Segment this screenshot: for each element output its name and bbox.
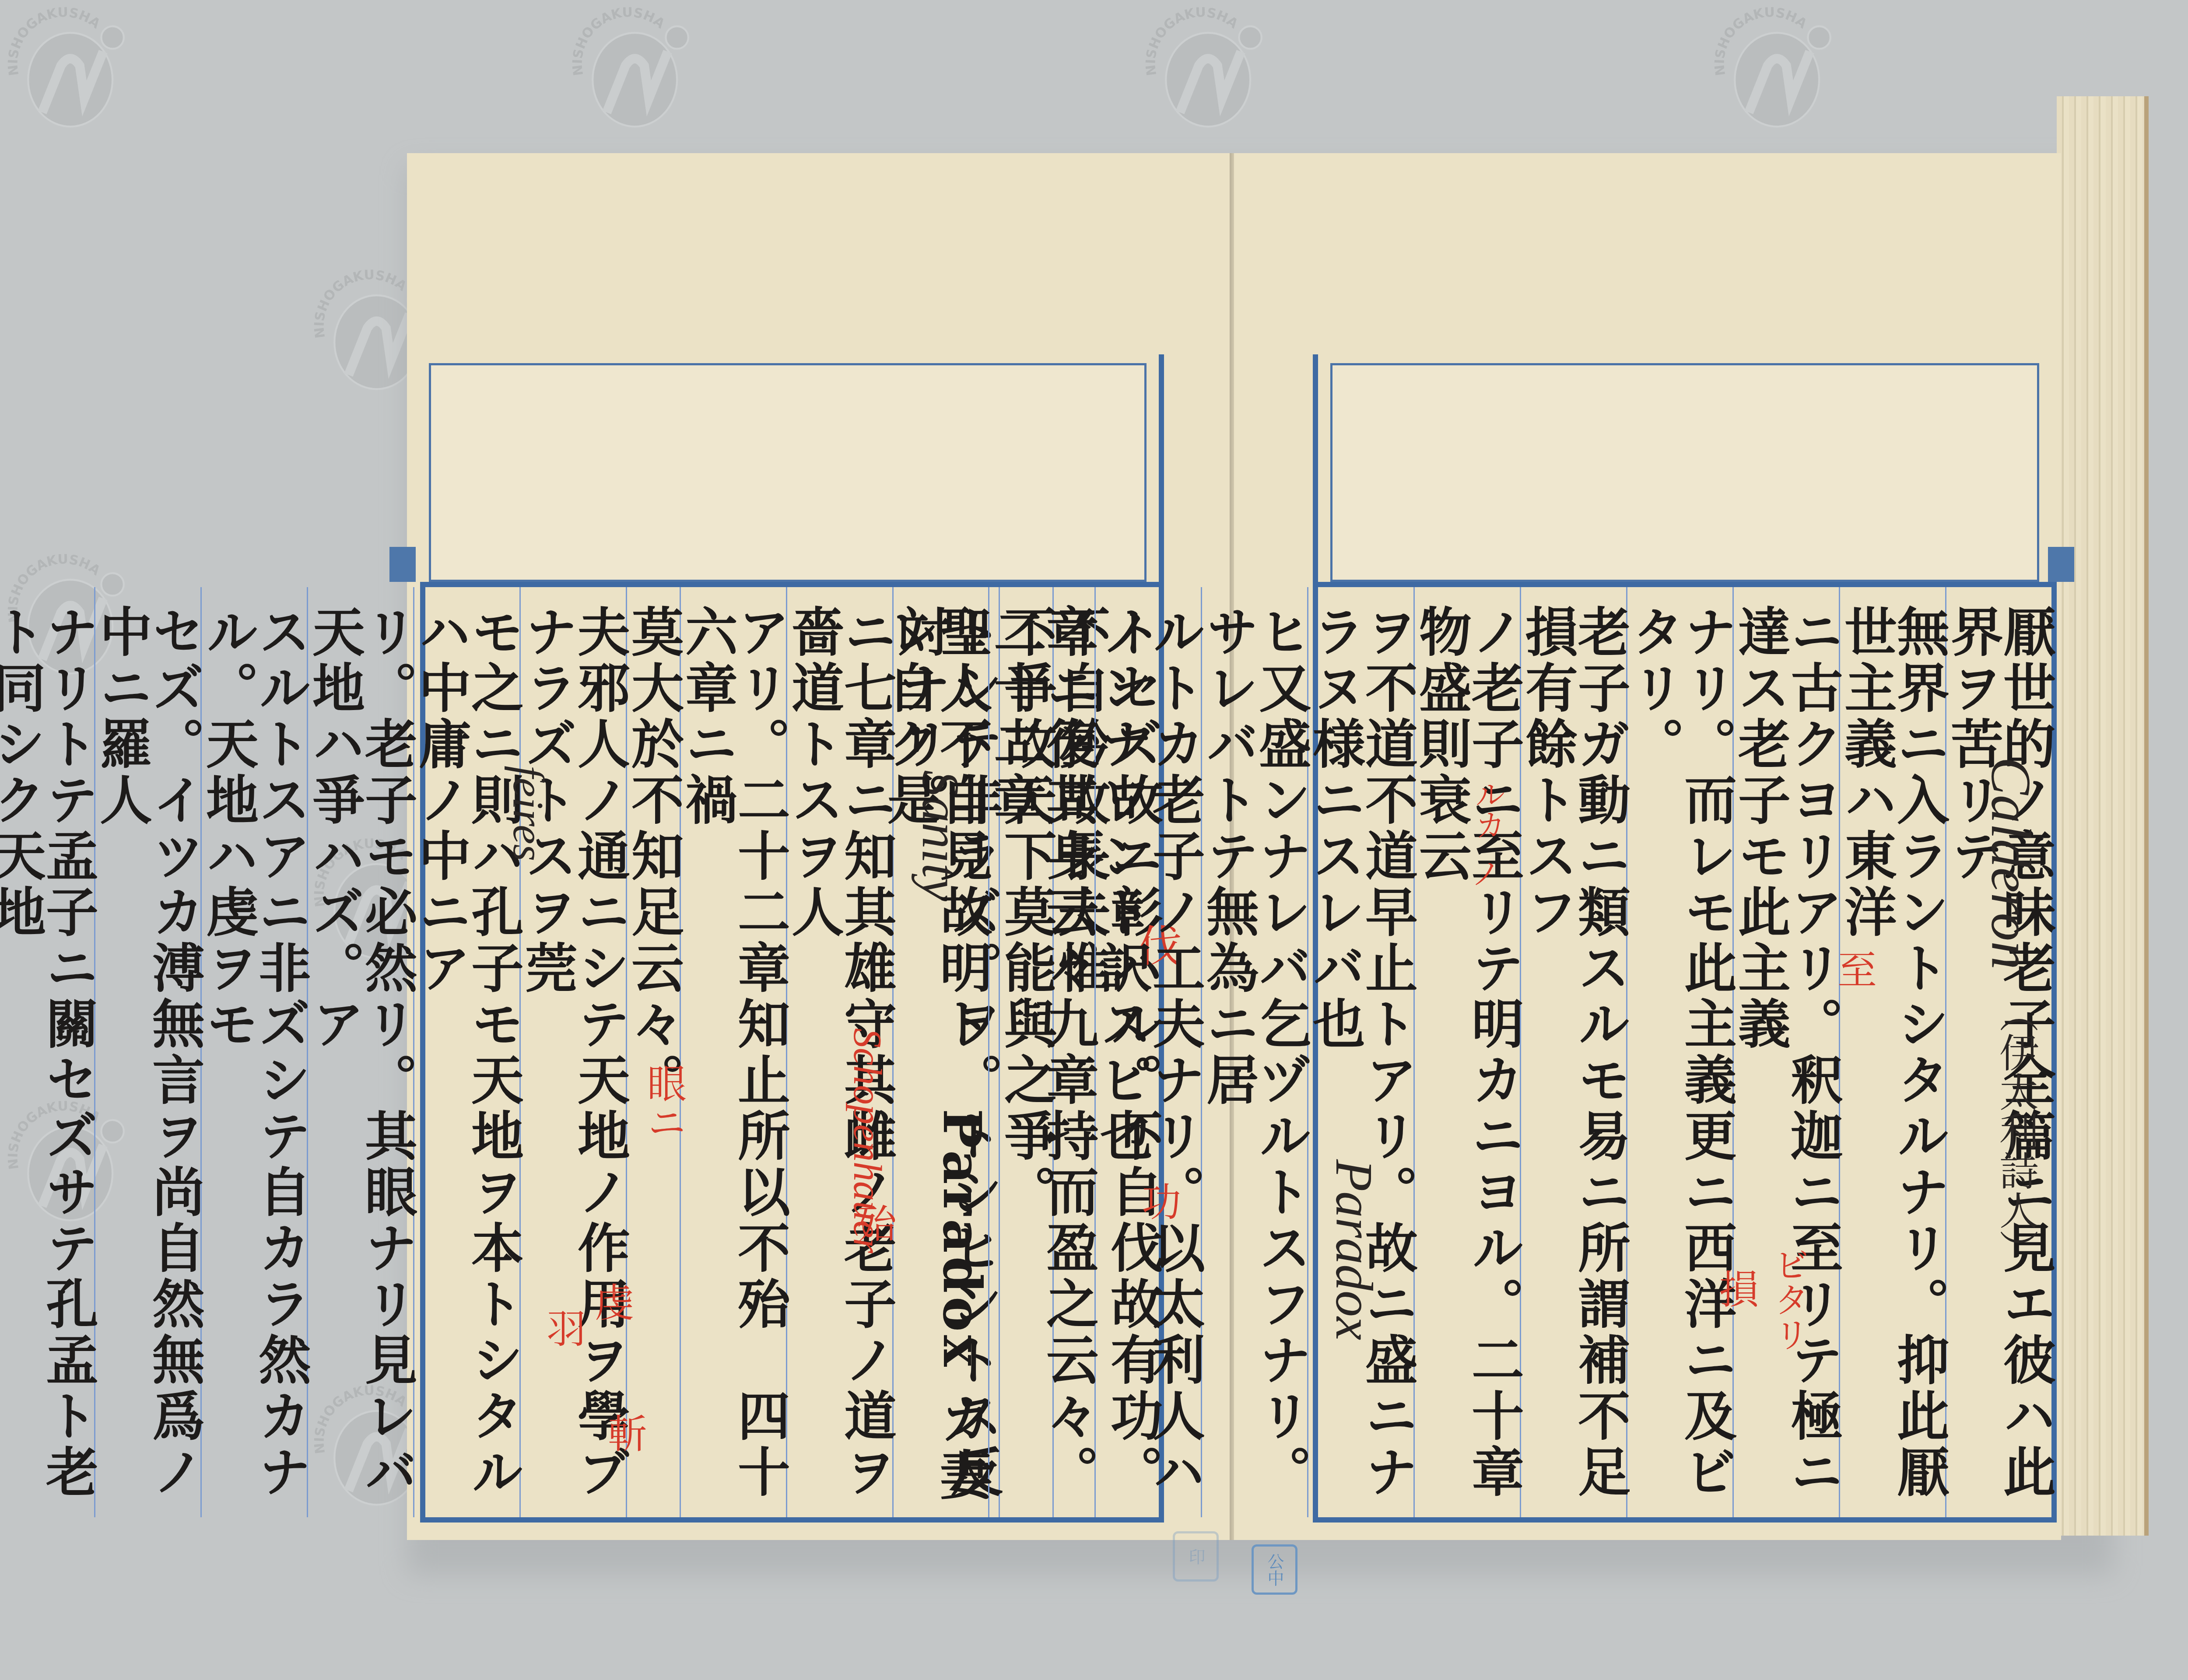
column-text: ルトカ老子ノ工夫ナリ。以太利人ハノンナワント訳スピ也 <box>1096 587 1201 1517</box>
left-fold-tab <box>389 547 416 582</box>
text-column: 莫大於不知足云々。 <box>626 587 680 1517</box>
text-column: セズ。イツカ溥無言ヲ尚自然無爲ノ中ニ羅人 <box>94 587 200 1517</box>
right-text-frame: 厭世的ノ意味老子全篇ニ見エ彼ハ此界ヲ苦リテ無界ニ入ラントシタルナリ。抑此厭世主義… <box>1313 582 2057 1522</box>
column-text: ヲ不道不道早止トアリ。故ニ盛ニナラヌ様ニスレバ也 <box>1308 587 1413 1517</box>
red-annotation: ルカ <box>1466 779 1510 840</box>
red-annotation: 斬 <box>595 1413 652 1452</box>
text-column: 章ニ復其身云々九章持而盈之云々。二十二章 <box>988 587 1094 1517</box>
red-annotation: 眼ニ <box>635 1063 691 1142</box>
right-page: 厭世的ノ意味老子全篇ニ見エ彼ハ此界ヲ苦リテ無界ニ入ラントシタルナリ。抑此厭世主義… <box>1234 153 2061 1540</box>
watermark-logo-icon: NISHOGAKUSHA <box>1707 0 1838 131</box>
seal-stamp: 公中 <box>1252 1544 1297 1595</box>
page-edges <box>2057 96 2149 1536</box>
column-text: セズ。イツカ溥無言ヲ尚自然無爲ノ中ニ羅人 <box>95 587 200 1517</box>
text-column: 老子ガ動ニ類スルモ易ニ所謂補不足損有餘トスフ <box>1520 587 1626 1517</box>
right-fold-tab <box>2048 547 2074 582</box>
column-text: アリ。二十二章知止所以不殆 四十六章ニ禍 <box>681 587 786 1517</box>
text-column: モ之ニ則ハ孔子モ天地ヲ本トシタルハ中庸ノ中ニア <box>413 587 519 1517</box>
column-text: 無界ニ入ラントシタルナリ。抑此厭世主義ハ東洋 <box>1840 587 1945 1517</box>
column-text: ノ老子ニ至リテ明カニヨル。二十章物盛則衰云 <box>1415 587 1520 1517</box>
text-column: 聖人不自見故明ト Paradox カ妻レ自ク是 <box>883 587 988 1517</box>
red-annotation: ノ <box>1462 857 1506 888</box>
red-annotation: 損 <box>1707 1269 1764 1308</box>
column-text: ヒ又盛ンナレバ乞ヅルトスフナリ。サレバトテ無為ニ居 <box>1202 587 1307 1517</box>
red-annotation: 至 <box>1825 949 1882 989</box>
latin-annotation: Paradox <box>1324 1159 1384 1340</box>
column-text: 夫邪人ノ通ニシテ天地ノ作用ヲ學ブナラズトスヲ莞 <box>521 587 626 1517</box>
right-columns: 厭世的ノ意味老子全篇ニ見エ彼ハ此界ヲ苦リテ無界ニ入ラントシタルナリ。抑此厭世主義… <box>1318 587 2051 1517</box>
faded-seal-stamp: 印 <box>1173 1531 1219 1582</box>
text-column: ルトカ老子ノ工夫ナリ。以太利人ハノンナワント訳スピ也 <box>1094 587 1201 1517</box>
column-text: リ。老子モ必然リ。其眼ナリ見レバ天地ハ爭ハズ。ア <box>308 587 413 1517</box>
text-column: ナリ。而レモ此主義更ニ西洋ニ及ビタリ。 <box>1626 587 1732 1517</box>
text-column: ヒ又盛ンナレバ乞ヅルトスフナリ。サレバトテ無為ニ居 <box>1201 587 1307 1517</box>
text-column: ノ老子ニ至リテ明カニヨル。二十章物盛則衰云 <box>1413 587 1520 1517</box>
column-text: スルトスアニ非ズシテ自カラ然カナル。天地ハ虔ヲモ <box>202 587 307 1517</box>
text-column: ニ古クヨリアリ。釈迦ニ至リテ極ニ達ス老子モ此主義 <box>1732 587 1839 1517</box>
column-text: 莫大於不知足云々。 <box>627 587 680 1517</box>
text-column: リ。老子モ必然リ。其眼ナリ見レバ天地ハ爭ハズ。ア <box>307 587 413 1517</box>
latin-annotation: Calderon <box>1978 757 2044 969</box>
text-column: 夫邪人ノ通ニシテ天地ノ作用ヲ學ブナラズトスヲ莞 <box>519 587 626 1517</box>
text-column: ナリトテ孟子ニ關セズサテ孔孟ト老ト同シク天地 <box>0 587 94 1517</box>
column-text: ナリ。而レモ此主義更ニ西洋ニ及ビタリ。 <box>1627 587 1732 1517</box>
red-annotation: ビタリ <box>1764 1247 1814 1352</box>
latin-annotation: feires <box>503 766 554 861</box>
margin-note: （伊太利詩人） <box>1987 993 2044 1269</box>
text-column: スルトスアニ非ズシテ自カラ然カナル。天地ハ虔ヲモ <box>200 587 307 1517</box>
column-text: 老子ガ動ニ類スルモ易ニ所謂補不足損有餘トスフ <box>1521 587 1626 1517</box>
column-text: モ之ニ則ハ孔子モ天地ヲ本トシタルハ中庸ノ中ニア <box>414 587 519 1517</box>
column-text: 章ニ復其身云々九章持而盈之云々。二十二章 <box>989 587 1094 1517</box>
watermark-logo-icon: NISHOGAKUSHA <box>565 0 696 131</box>
text-column: アリ。二十二章知止所以不殆 四十六章ニ禍 <box>680 587 786 1517</box>
text-column: 無界ニ入ラントシタルナリ。抑此厭世主義ハ東洋 <box>1839 587 1945 1517</box>
watermark-logo-icon: NISHOGAKUSHA <box>0 0 131 131</box>
text-column: ヲ不道不道早止トアリ。故ニ盛ニナラヌ様ニスレバ也 <box>1307 587 1413 1517</box>
column-text: 聖人不自見故明ト Paradox カ妻レ自ク是 <box>883 587 988 1517</box>
red-annotation: 羽 <box>534 1308 591 1347</box>
column-text: ナリトテ孟子ニ關セズサテ孔孟ト老ト同シク天地 <box>0 587 94 1517</box>
column-text: ニ古クヨリアリ。釈迦ニ至リテ極ニ達ス老子モ此主義 <box>1734 587 1839 1517</box>
watermark-logo-icon: NISHOGAKUSHA <box>1138 0 1269 131</box>
